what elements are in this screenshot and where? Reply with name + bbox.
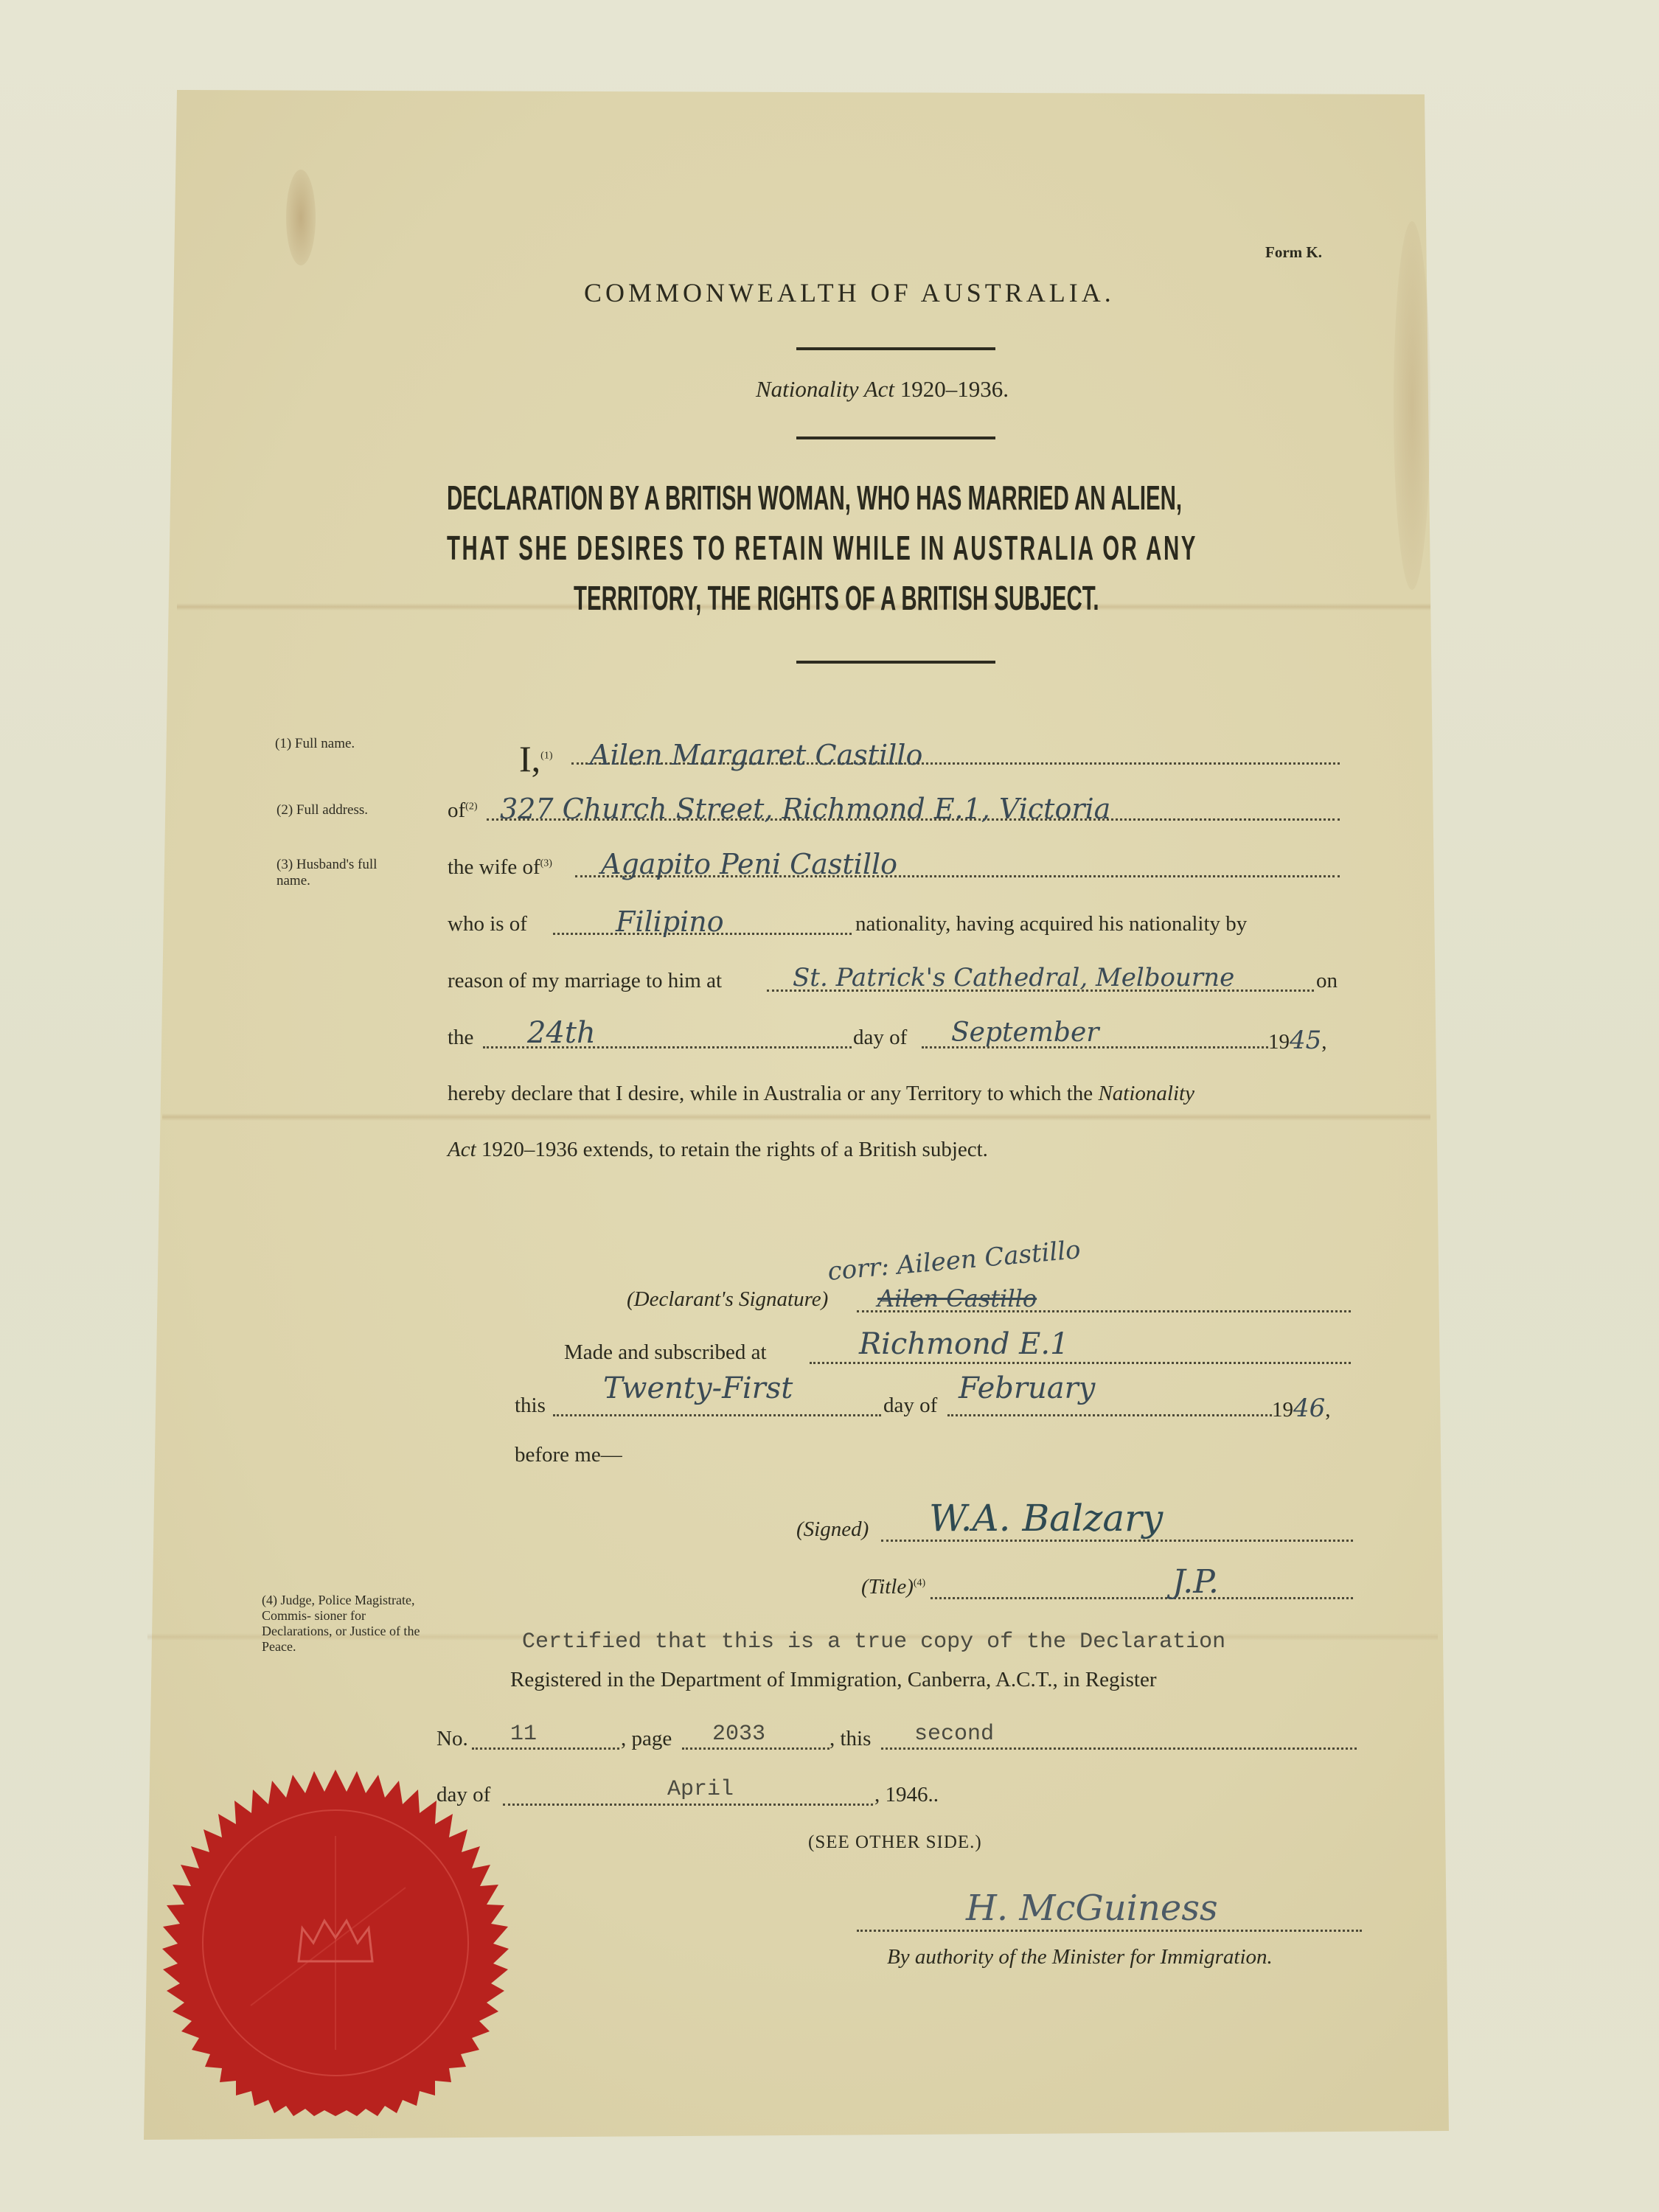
margin-note-full-name: (1) Full name. <box>275 736 393 752</box>
heading-divider <box>796 347 995 350</box>
declarant-signature-label: (Declarant's Signature) <box>627 1287 828 1312</box>
sign-month-value[interactable]: February <box>959 1371 1095 1405</box>
made-at-label: Made and subscribed at <box>564 1340 767 1365</box>
sign-year-prefix: 19 <box>1272 1398 1293 1422</box>
full-address-value[interactable]: 327 Church Street, Richmond E.1, Victori… <box>500 793 1110 825</box>
act-title: Nationality Act 1920–1936. <box>756 376 1009 403</box>
wife-of-label: the wife of(3) <box>448 855 552 880</box>
sign-day-value[interactable]: Twenty-First <box>603 1371 793 1405</box>
marriage-month-value[interactable]: September <box>951 1018 1099 1048</box>
margin-note-officer-title: (4) Judge, Police Magistrate, Commis- si… <box>262 1593 424 1655</box>
sign-month-field-line <box>947 1414 1272 1416</box>
wife-of-text: the wife of <box>448 855 540 879</box>
marriage-place-suffix: on <box>1316 969 1338 993</box>
made-at-value[interactable]: Richmond E.1 <box>859 1327 1069 1361</box>
statement-italic-act: Act <box>448 1138 476 1161</box>
officer-signature[interactable]: W.A. Balzary <box>929 1497 1163 1540</box>
nationality-suffix: nationality, having acquired his nationa… <box>855 912 1247 936</box>
sign-day-of-label: day of <box>883 1394 937 1418</box>
page-no-field-line <box>682 1747 829 1750</box>
year-prefix: 19 <box>1268 1030 1290 1054</box>
authority-signature-line <box>857 1930 1362 1932</box>
fold-crease-middle <box>162 1113 1430 1121</box>
title-text: (Title) <box>861 1575 914 1599</box>
cert-month-value[interactable]: April <box>667 1777 734 1802</box>
official-seal <box>162 1770 509 2116</box>
made-at-field-line <box>810 1362 1351 1364</box>
act-years: 1920–1936. <box>900 376 1009 402</box>
declaration-title-line3: TERRITORY, THE RIGHTS OF A BRITISH SUBJE… <box>574 578 1099 618</box>
page-label: , page <box>621 1727 672 1751</box>
day-of-label: day of <box>853 1026 907 1050</box>
minister-delegate-signature[interactable]: H. McGuiness <box>966 1888 1218 1929</box>
act-divider <box>796 437 995 439</box>
declaration-statement-line1: hereby declare that I desire, while in A… <box>448 1082 1194 1106</box>
full-name-value[interactable]: Ailen Margaret Castillo <box>590 739 922 771</box>
cert-year-value[interactable]: 1946 <box>886 1783 928 1806</box>
see-other-side: (SEE OTHER SIDE.) <box>808 1832 982 1853</box>
husband-name-value[interactable]: Agapito Peni Castillo <box>601 848 897 880</box>
margin-note-full-address: (2) Full address. <box>276 802 409 818</box>
nationality-value[interactable]: Filipino <box>616 905 724 938</box>
statement-italic: Nationality <box>1098 1082 1194 1105</box>
certified-line: Certified that this is a true copy of th… <box>522 1630 1225 1655</box>
signed-label: (Signed) <box>796 1517 869 1542</box>
marriage-day-value[interactable]: 24th <box>527 1016 596 1050</box>
register-no-value[interactable]: 11 <box>510 1722 537 1747</box>
this-label: this <box>515 1394 546 1418</box>
act-title-italic: Nationality Act <box>756 376 894 402</box>
before-me-label: before me— <box>515 1443 622 1467</box>
i-label: I,(1) <box>519 737 552 780</box>
marriage-year-suffix[interactable]: 45 <box>1290 1026 1321 1055</box>
marker-3: (3) <box>540 858 552 869</box>
marriage-year: 1945, <box>1268 1026 1327 1055</box>
the-label: the <box>448 1026 473 1050</box>
marker-2: (2) <box>465 801 477 812</box>
statement-text: hereby declare that I desire, while in A… <box>448 1082 1093 1105</box>
authority-line: By authority of the Minister for Immigra… <box>887 1945 1273 1969</box>
cert-day-value[interactable]: second <box>914 1722 994 1747</box>
marriage-place-value[interactable]: St. Patrick's Cathedral, Melbourne <box>793 963 1234 992</box>
stain-mark <box>1394 221 1430 590</box>
declaration-title-line1: DECLARATION BY A BRITISH WOMAN, WHO HAS … <box>447 478 1182 518</box>
marriage-place-prefix: reason of my marriage to him at <box>448 969 722 993</box>
page-no-value[interactable]: 2033 <box>712 1722 765 1747</box>
sign-year: 1946, <box>1272 1394 1331 1423</box>
of-label: of(2) <box>448 799 478 823</box>
officer-title-value[interactable]: J.P. <box>1172 1563 1219 1601</box>
cert-year: , 1946.. <box>874 1783 939 1807</box>
cert-this-label: , this <box>829 1727 871 1751</box>
registered-line: Registered in the Department of Immigrat… <box>510 1668 1157 1692</box>
register-no-field-line <box>472 1747 619 1750</box>
statement-text-2: 1920–1936 extends, to retain the rights … <box>481 1138 988 1161</box>
stain-mark <box>286 170 316 265</box>
sign-year-suffix[interactable]: 46 <box>1293 1394 1325 1423</box>
marker-1: (1) <box>540 750 552 761</box>
cert-day-field-line <box>881 1747 1357 1750</box>
sign-day-field-line <box>553 1414 881 1416</box>
title-field-line <box>931 1597 1353 1599</box>
margin-note-husband-name: (3) Husband's full name. <box>276 857 409 889</box>
of-text: of <box>448 799 465 822</box>
declarant-signature-struck[interactable]: Ailen Castillo <box>877 1284 1037 1312</box>
declaration-title-line2: THAT SHE DESIRES TO RETAIN WHILE IN AUST… <box>447 528 1197 568</box>
cert-month-field-line <box>503 1804 873 1806</box>
title-label: (Title)(4) <box>861 1575 925 1599</box>
nationality-prefix: who is of <box>448 912 527 936</box>
i-text: I, <box>519 738 540 779</box>
signed-field-line <box>881 1540 1353 1542</box>
marker-4: (4) <box>914 1577 925 1588</box>
seal-body <box>162 1770 509 2116</box>
declaration-statement-line2: Act 1920–1936 extends, to retain the rig… <box>448 1138 988 1162</box>
register-no-label: No. <box>437 1727 468 1751</box>
page-heading: COMMONWEALTH OF AUSTRALIA. <box>584 277 1115 308</box>
form-label: Form K. <box>1265 243 1322 262</box>
title-divider <box>796 661 995 664</box>
